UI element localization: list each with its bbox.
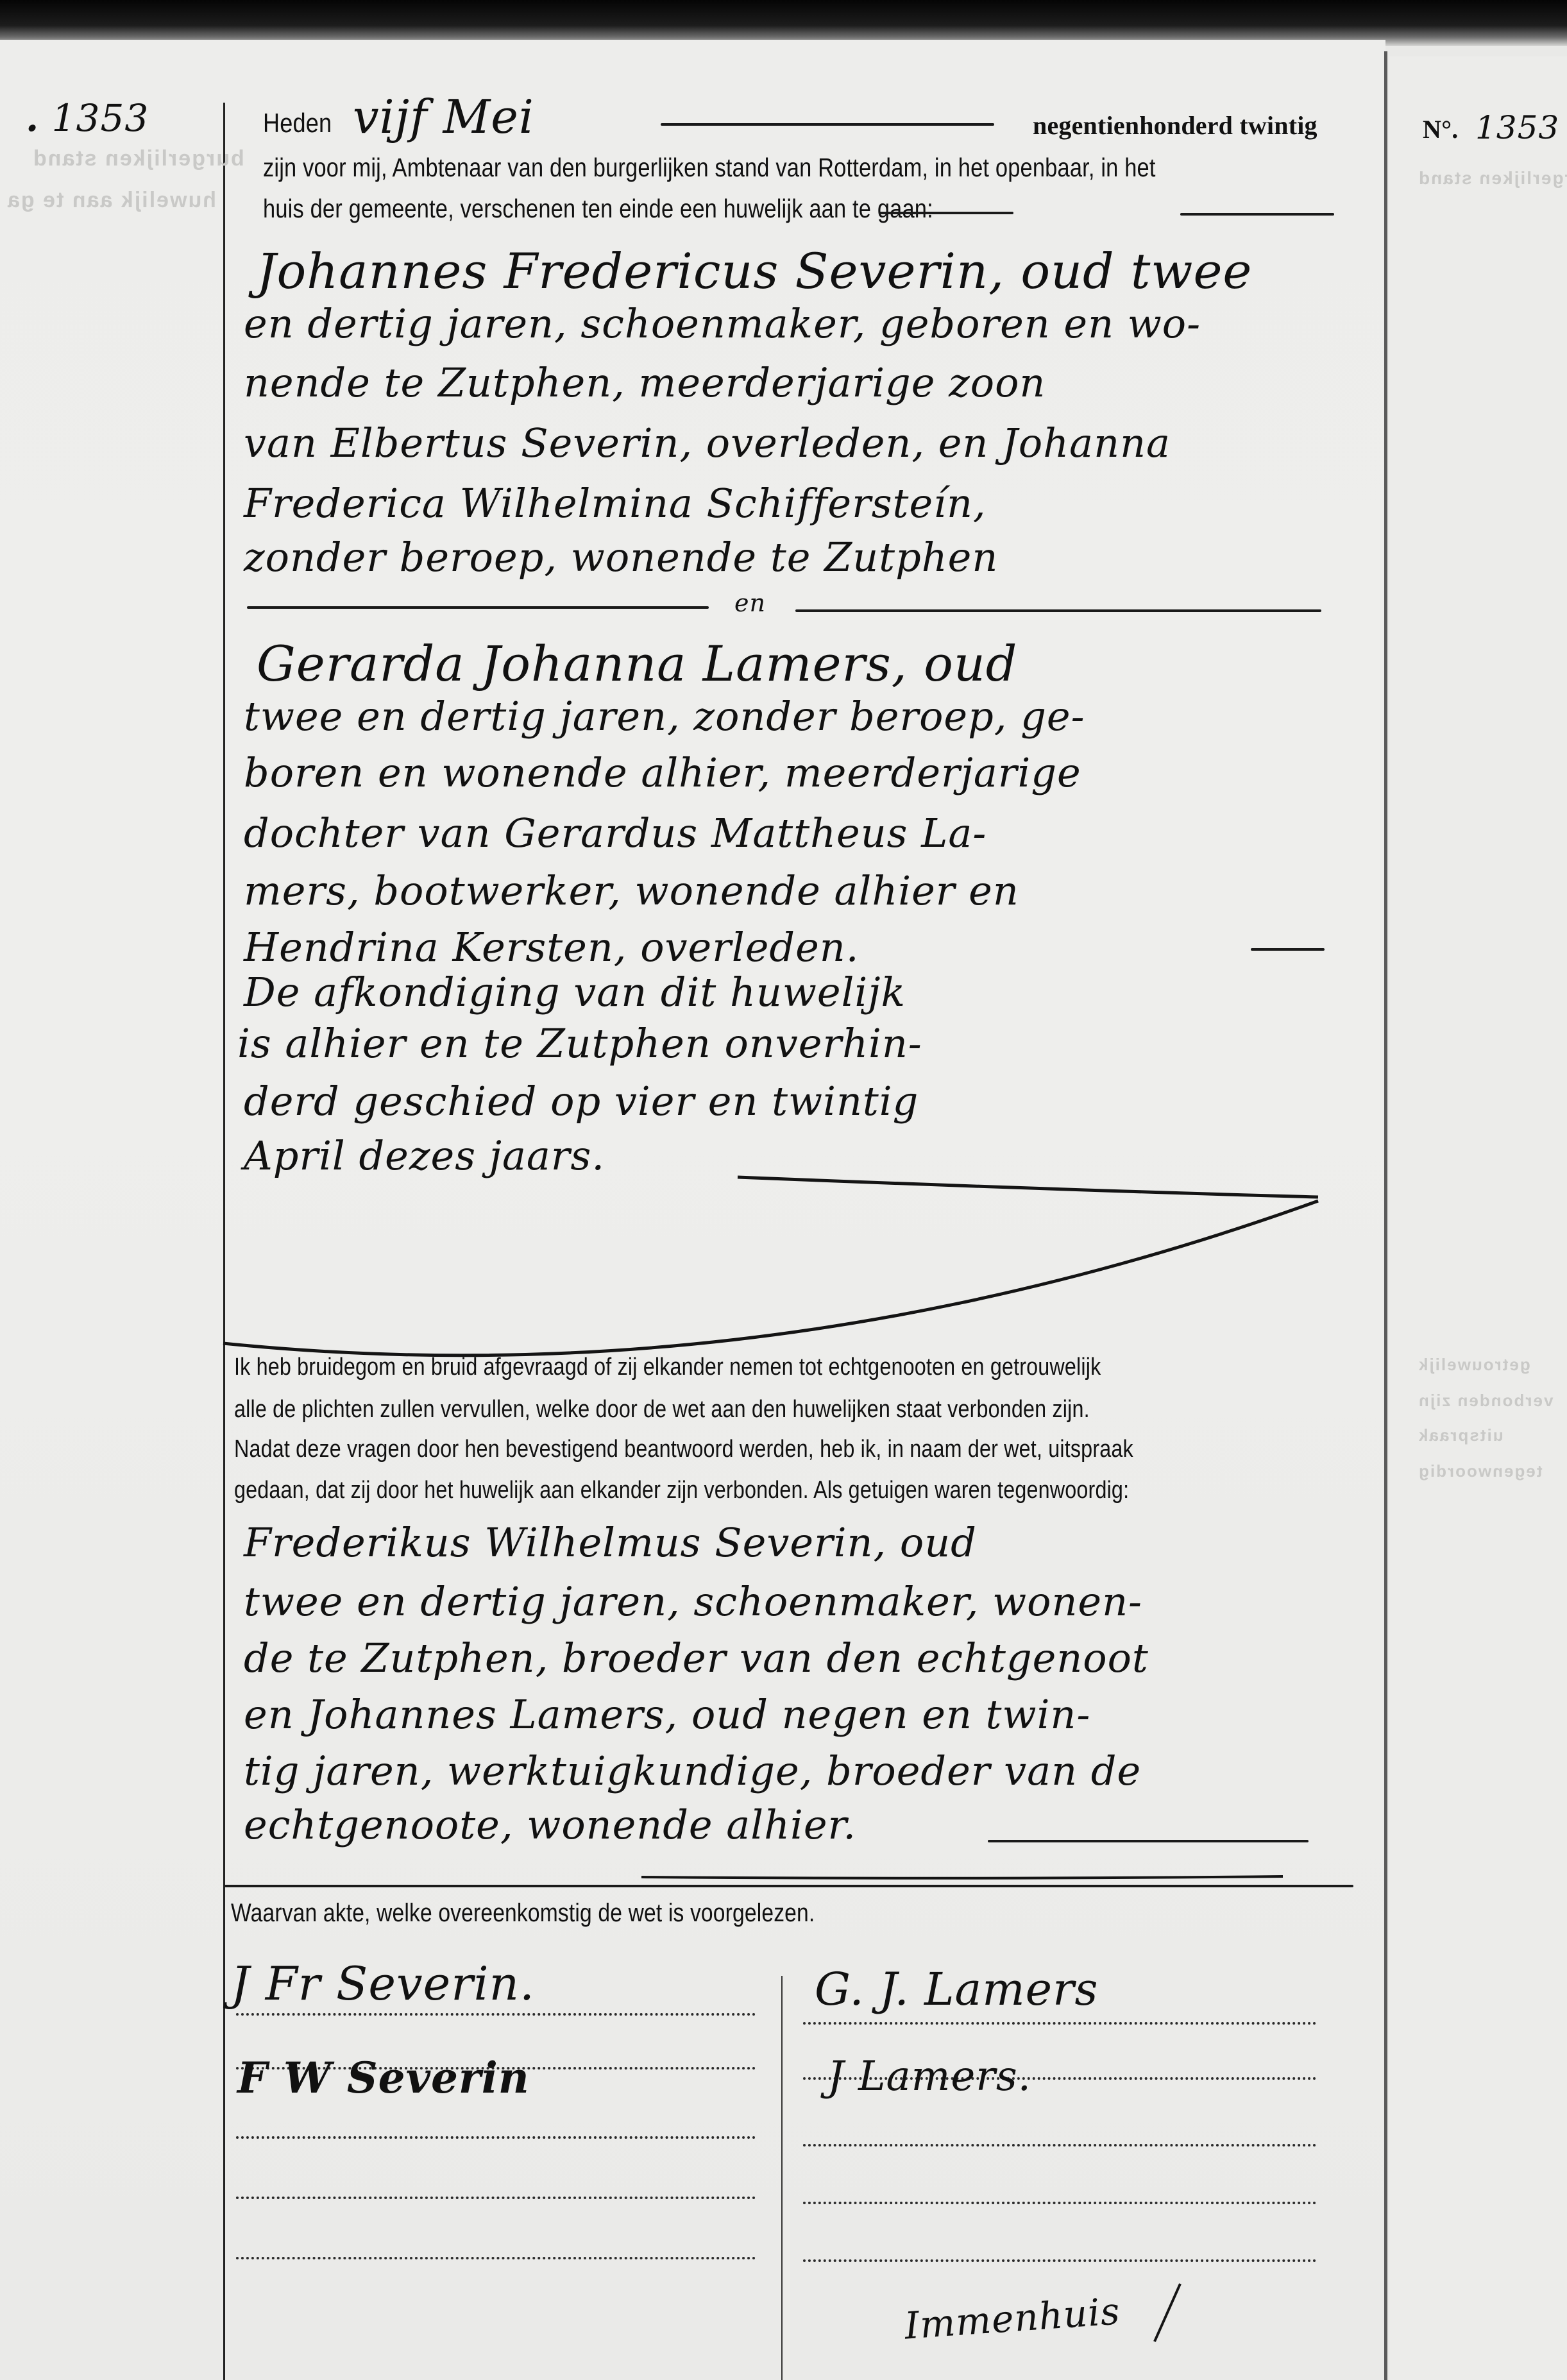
adjacent-page (1389, 56, 1567, 2380)
groom-line: nende te Zutphen, meerderjarige zoon (244, 359, 1046, 406)
bride-line: is alhier en te Zutphen onverhin- (237, 1020, 922, 1067)
witness-fill-line (988, 1840, 1309, 1842)
bride-line: derd geschied op vier en twintig (244, 1078, 919, 1125)
bride-line: dochter van Gerardus Mattheus La- (244, 810, 987, 856)
header-fill-line (879, 212, 1013, 214)
separator-en: en (734, 589, 766, 617)
groom-line: Johannes Fredericus Severin, oud twee (257, 242, 1252, 300)
header-fill-line (1180, 213, 1334, 216)
left-bleed-line: burgerlijken stand (32, 146, 244, 171)
header-line-2: zijn voor mij, Ambtenaar van den burgerl… (263, 153, 1156, 183)
separator-line-left (247, 606, 709, 609)
bride-fill-line (1251, 948, 1325, 951)
date-handwritten: vijf Mei (353, 90, 534, 144)
right-bleed-line: getrouwelijk (1418, 1355, 1530, 1375)
heden-label: Heden (263, 108, 332, 139)
signature-witness-2: J Lamers. (827, 2053, 1031, 2100)
bride-line: Hendrina Kersten, overleden. (244, 924, 859, 971)
groom-line: en dertig jaren, schoenmaker, geboren en… (244, 300, 1201, 347)
witness-line: tig jaren, werktuigkundige, broeder van … (244, 1747, 1141, 1794)
right-record-number: 1353 (1475, 109, 1559, 146)
signature-groom: J Fr Severin. (231, 1957, 535, 2010)
signature-bride: G. J. Lamers (815, 1963, 1098, 2016)
signature-line (236, 2257, 756, 2259)
year-printed: negentienhonderd twintig (1033, 110, 1317, 140)
witness-line: echtgenoote, wonende alhier. (244, 1801, 856, 1848)
right-bleed-line: burgerlijken stand (1418, 168, 1567, 189)
bride-line: April dezes jaars. (244, 1132, 605, 1179)
right-bleed-line: tegenwoordig (1418, 1461, 1542, 1481)
right-bleed-line: uitspraak (1418, 1425, 1503, 1445)
declaration-line: Nadat deze vragen door hen bevestigend b… (234, 1436, 1133, 1463)
signature-line (803, 2144, 1316, 2146)
header-line-3: huis der gemeente, verschenen ten einde … (263, 194, 933, 224)
signature-line (803, 2022, 1316, 2025)
witness-line: Frederikus Wilhelmus Severin, oud (244, 1519, 977, 1566)
bride-line: mers, bootwerker, wonende alhier en (244, 867, 1019, 914)
right-bleed-line: verbonden zijn (1418, 1391, 1553, 1411)
left-record-number: . 1353 (26, 96, 149, 140)
page-edge-divider (1384, 51, 1387, 2380)
date-fill-line (661, 123, 994, 126)
witness-line: de te Zutphen, broeder van den echtgenoo… (244, 1635, 1149, 1681)
margin-rule (223, 103, 225, 2380)
bride-line: twee en dertig jaren, zonder beroep, ge- (244, 693, 1085, 740)
signature-line (803, 2202, 1316, 2204)
groom-line: zonder beroep, wonende te Zutphen (244, 534, 998, 581)
declaration-line: gedaan, dat zij door het huwelijk aan el… (234, 1477, 1129, 1504)
signature-witness-1: F W Severin (237, 2053, 530, 2103)
left-bleed-line: huwelijk aan te ga (6, 188, 216, 213)
groom-line: van Elbertus Severin, overleden, en Joha… (244, 420, 1171, 466)
witness-line: twee en dertig jaren, schoenmaker, wonen… (244, 1578, 1142, 1625)
groom-line: Frederica Wilhelmina Schiffersteín, (244, 480, 987, 527)
witness-line: en Johannes Lamers, oud negen en twin- (244, 1691, 1090, 1738)
signature-line (236, 2197, 756, 2199)
right-number-label: N°. (1423, 114, 1458, 144)
bride-line: Gerarda Johanna Lamers, oud (257, 635, 1017, 692)
declaration-line: Ik heb bruidegom en bruid afgevraagd of … (234, 1354, 1101, 1381)
bride-line: De afkondiging van dit huwelijk (244, 969, 906, 1016)
signature-column-divider (781, 1976, 783, 2380)
separator-line-right (795, 609, 1321, 612)
signature-line (803, 2259, 1316, 2262)
signature-line (236, 2136, 756, 2139)
closing-separator (224, 1885, 1353, 1887)
declaration-line: alle de plichten zullen vervullen, welke… (234, 1396, 1090, 1424)
closing-statement: Waarvan akte, welke overeenkomstig de we… (231, 1899, 815, 1928)
bride-line: boren en wonende alhier, meerderjarige (244, 749, 1081, 796)
signature-line (236, 2013, 756, 2016)
